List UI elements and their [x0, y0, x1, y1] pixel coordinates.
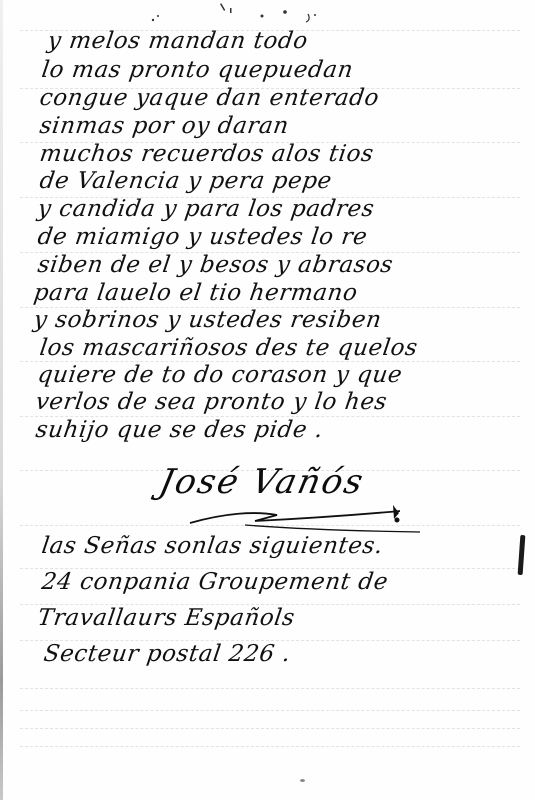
ink-smudge [300, 779, 305, 782]
letter-page: y melos mandan todo lo mas pronto quepue… [0, 0, 535, 800]
letter-line: de Valencia y pera pepe [0, 168, 535, 194]
letter-line: para lauelo el tio hermano [0, 280, 535, 306]
address-line: las Señas sonlas siguientes. [0, 533, 535, 559]
signature: José Vañós [156, 462, 369, 502]
ruled-line [20, 746, 520, 747]
letter-line: muchos recuerdos alos tios [0, 141, 535, 167]
letter-line: sinmas por oy daran [0, 113, 535, 139]
ruled-line [20, 710, 520, 711]
letter-line: y melos mandan todo [0, 28, 535, 54]
ruled-line [20, 688, 520, 689]
letter-line: siben de el y besos y abrasos [0, 252, 535, 278]
letter-line: los mascariñosos des te quelos [0, 335, 535, 361]
letter-line: suhijo que se des pide . [0, 417, 535, 443]
signature-flourish [185, 505, 425, 535]
letter-line: congue yaque dan enterado [0, 85, 535, 111]
address-line: Travallaurs Españols [0, 605, 535, 631]
letter-line: de miamigo y ustedes lo re [0, 224, 535, 250]
letter-line: lo mas pronto quepuedan [0, 57, 535, 83]
letter-line: y candida y para los padres [0, 196, 535, 222]
ruled-line [20, 728, 520, 729]
letter-line: y sobrinos y ustedes resiben [0, 307, 535, 333]
address-line: Secteur postal 226 . [0, 641, 535, 667]
letter-line: verlos de sea pronto y lo hes [0, 389, 535, 415]
address-line: 24 conpania Groupement de [0, 569, 535, 595]
letter-line: quiere de to do corason y que [0, 362, 535, 388]
